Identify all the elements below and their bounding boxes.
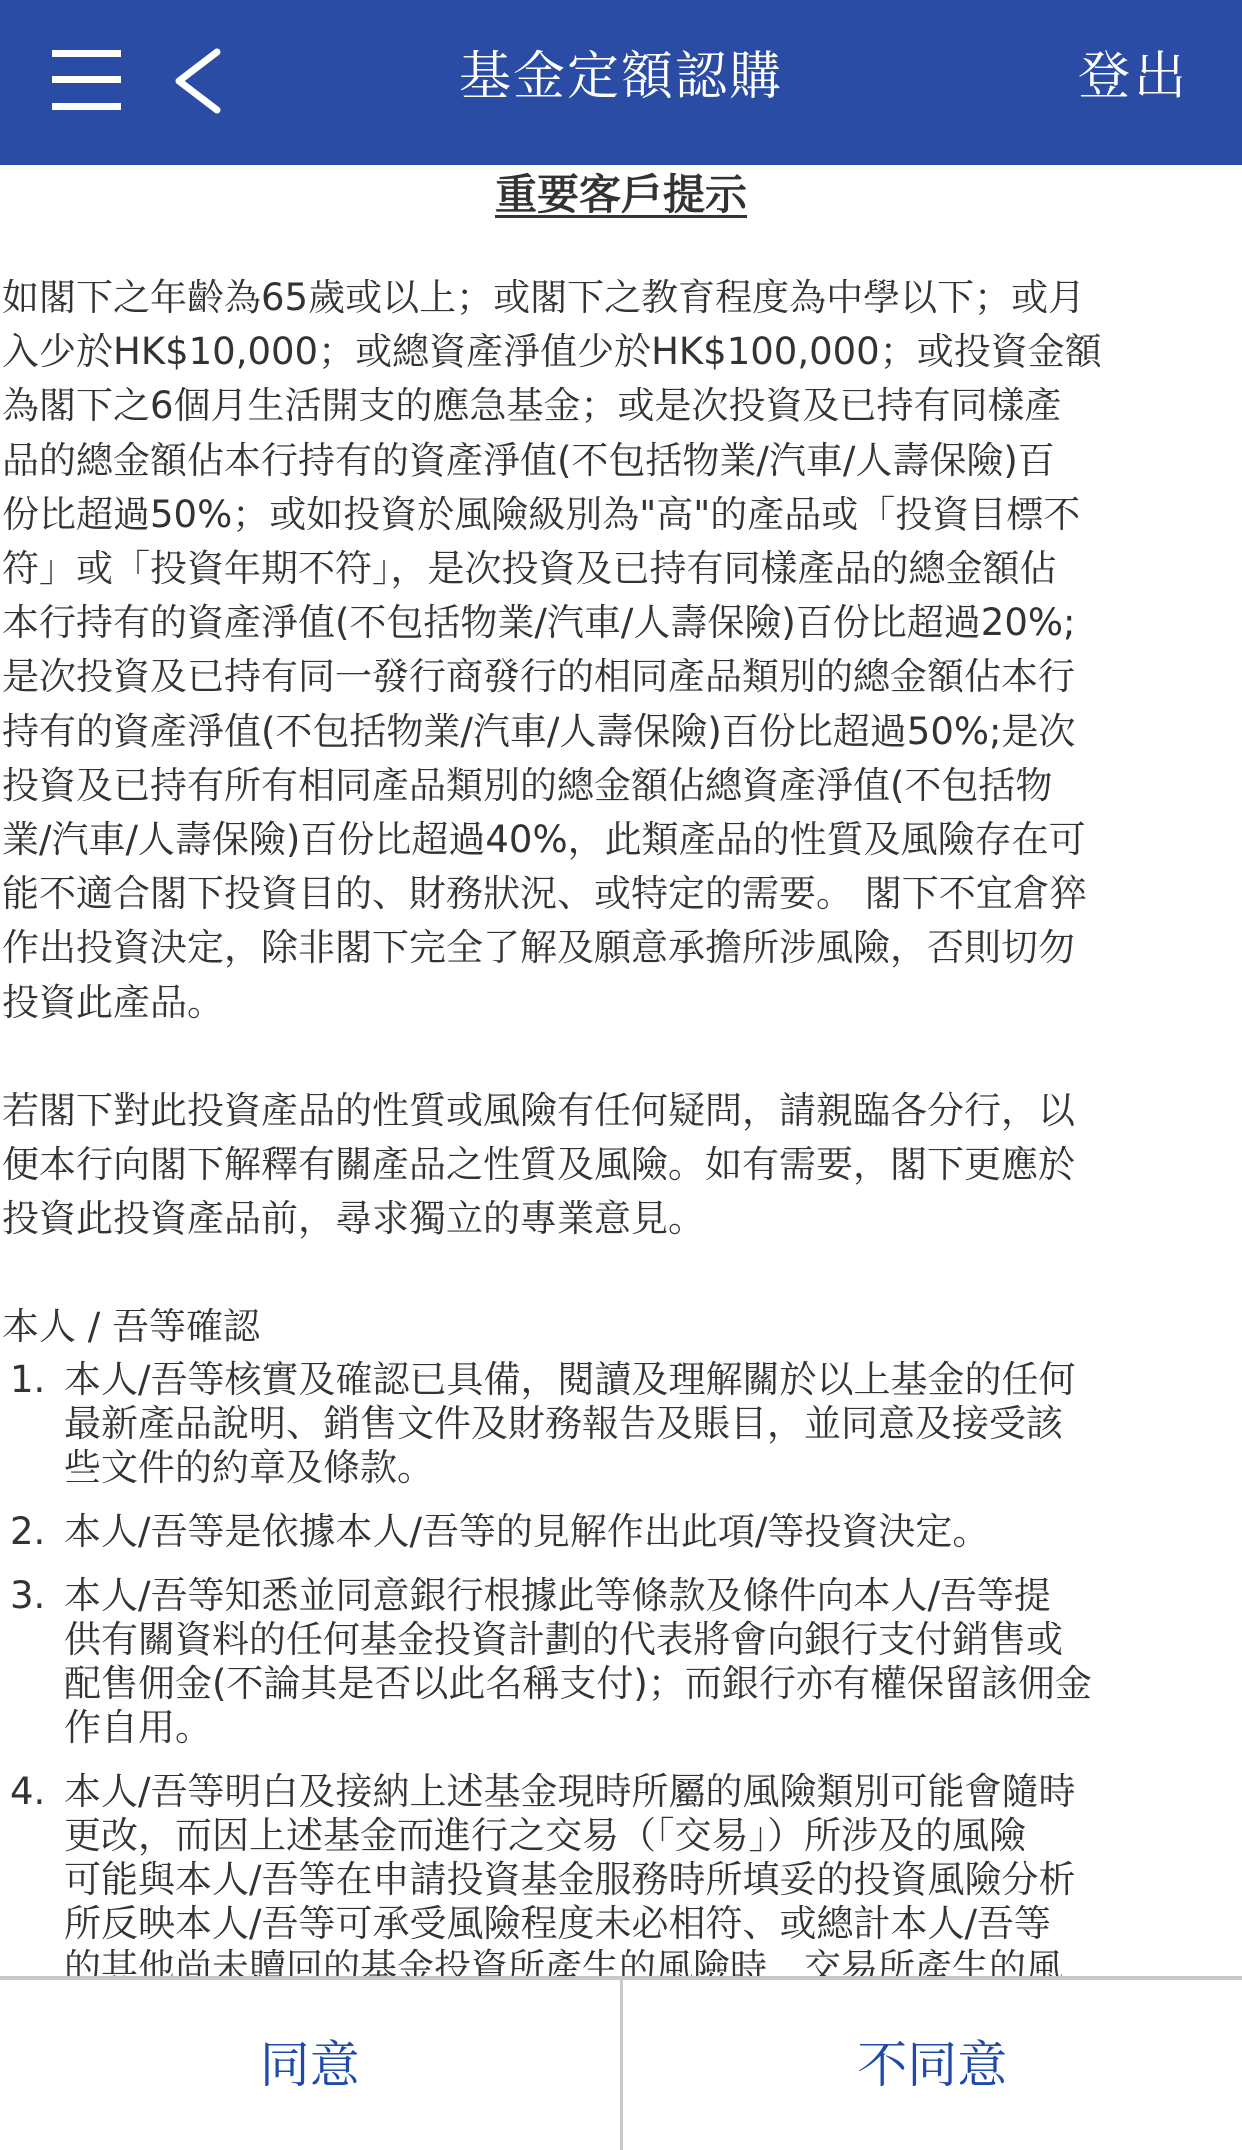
list-line: 作自用。 [64, 1706, 1242, 1750]
disagree-button[interactable]: 不同意 [623, 1980, 1242, 2150]
list-line: 最新產品說明、銷售文件及財務報告及賬目，並同意及接受該 [64, 1402, 1242, 1446]
list-line: 的其他尚未贖回的基金投資所產生的風險時，交易所產生的風 [64, 1946, 1242, 1977]
list-line: 本人/吾等明白及接納上述基金現時所屬的風險類別可能會隨時 [64, 1770, 1242, 1814]
confirm-heading: 本人 / 吾等確認 [0, 1300, 1242, 1354]
paragraph-line: 符」或「投資年期不符」，是次投資及已持有同樣產品的總金額佔 [2, 542, 1242, 596]
list-item: 3. 本人/吾等知悉並同意銀行根據此等條款及條件向本人/吾等提 供有關資料的任何… [0, 1574, 1242, 1750]
list-line: 所反映本人/吾等可承受風險程度未必相符、或總計本人/吾等 [64, 1902, 1242, 1946]
list-item: 4. 本人/吾等明白及接納上述基金現時所屬的風險類別可能會隨時 更改，而因上述基… [0, 1770, 1242, 1977]
list-line: 本人/吾等核實及確認已具備，閱讀及理解關於以上基金的任何 [64, 1358, 1242, 1402]
list-number: 3. [10, 1574, 45, 1618]
list-number: 1. [10, 1358, 45, 1402]
list-line: 本人/吾等知悉並同意銀行根據此等條款及條件向本人/吾等提 [64, 1574, 1242, 1618]
paragraph-line: 為閣下之6個月生活開支的應急基金；或是次投資及已持有同樣產 [2, 379, 1242, 433]
inquiry-paragraph: 若閣下對此投資產品的性質或風險有任何疑問，請親臨各分行，以 便本行向閣下解釋有關… [0, 1084, 1242, 1247]
paragraph-line: 若閣下對此投資產品的性質或風險有任何疑問，請親臨各分行，以 [2, 1084, 1242, 1138]
list-line: 可能與本人/吾等在申請投資基金服務時所填妥的投資風險分析 [64, 1858, 1242, 1902]
paragraph-line: 便本行向閣下解釋有關產品之性質及風險。如有需要，閣下更應於 [2, 1138, 1242, 1192]
page-title: 基金定額認購 [0, 42, 1242, 112]
list-line: 供有關資料的任何基金投資計劃的代表將會向銀行支付銷售或 [64, 1618, 1242, 1662]
agree-button[interactable]: 同意 [0, 1980, 620, 2150]
list-item: 2. 本人/吾等是依據本人/吾等的見解作出此項/等投資決定。 [0, 1510, 1242, 1554]
list-line: 更改，而因上述基金而進行之交易（「交易」）所涉及的風險 [64, 1814, 1242, 1858]
paragraph-line: 是次投資及已持有同一發行商發行的相同產品類別的總金額佔本行 [2, 650, 1242, 704]
paragraph-line: 入少於HK$10,000；或總資產淨值少於HK$100,000；或投資金額 [2, 325, 1242, 379]
list-number: 4. [10, 1770, 45, 1814]
notice-title: 重要客戶提示 [0, 165, 1242, 221]
list-line: 些文件的約章及條款。 [64, 1446, 1242, 1490]
top-nav-bar: 基金定額認購 登出 [0, 0, 1242, 165]
paragraph-line: 能不適合閣下投資目的、財務狀況、或特定的需要。 閣下不宜倉猝 [2, 867, 1242, 921]
confirm-list: 1. 本人/吾等核實及確認已具備，閱讀及理解關於以上基金的任何 最新產品說明、銷… [0, 1358, 1242, 1977]
disclaimer-content[interactable]: 重要客戶提示 如閣下之年齡為65歲或以上；或閣下之教育程度為中學以下；或月 入少… [0, 165, 1242, 1977]
paragraph-line: 如閣下之年齡為65歲或以上；或閣下之教育程度為中學以下；或月 [2, 271, 1242, 325]
paragraph-line: 品的總金額佔本行持有的資產淨值(不包括物業/汽車/人壽保險)百 [2, 434, 1242, 488]
paragraph-line: 持有的資產淨值(不包括物業/汽車/人壽保險)百份比超過50%;是次 [2, 705, 1242, 759]
paragraph-line: 本行持有的資產淨值(不包括物業/汽車/人壽保險)百份比超過20%; [2, 596, 1242, 650]
list-line: 本人/吾等是依據本人/吾等的見解作出此項/等投資決定。 [64, 1510, 1242, 1554]
logout-button[interactable]: 登出 [1078, 42, 1190, 112]
paragraph-line: 投資此投資產品前，尋求獨立的專業意見。 [2, 1192, 1242, 1246]
paragraph-line: 投資此產品。 [2, 976, 1242, 1030]
list-line: 配售佣金(不論其是否以此名稱支付)；而銀行亦有權保留該佣金 [64, 1662, 1242, 1706]
notice-title-text: 重要客戶提示 [495, 170, 747, 219]
list-number: 2. [10, 1510, 45, 1554]
paragraph-line: 業/汽車/人壽保險)百份比超過40%，此類產品的性質及風險存在可 [2, 813, 1242, 867]
list-item: 1. 本人/吾等核實及確認已具備，閱讀及理解關於以上基金的任何 最新產品說明、銷… [0, 1358, 1242, 1490]
risk-warning-paragraph: 如閣下之年齡為65歲或以上；或閣下之教育程度為中學以下；或月 入少於HK$10,… [0, 271, 1242, 1030]
paragraph-line: 投資及已持有所有相同產品類別的總金額佔總資產淨值(不包括物 [2, 759, 1242, 813]
paragraph-line: 作出投資決定，除非閣下完全了解及願意承擔所涉風險，否則切勿 [2, 921, 1242, 975]
paragraph-line: 份比超過50%；或如投資於風險級別為"高"的產品或「投資目標不 [2, 488, 1242, 542]
bottom-action-bar: 同意 不同意 [0, 1976, 1242, 2150]
